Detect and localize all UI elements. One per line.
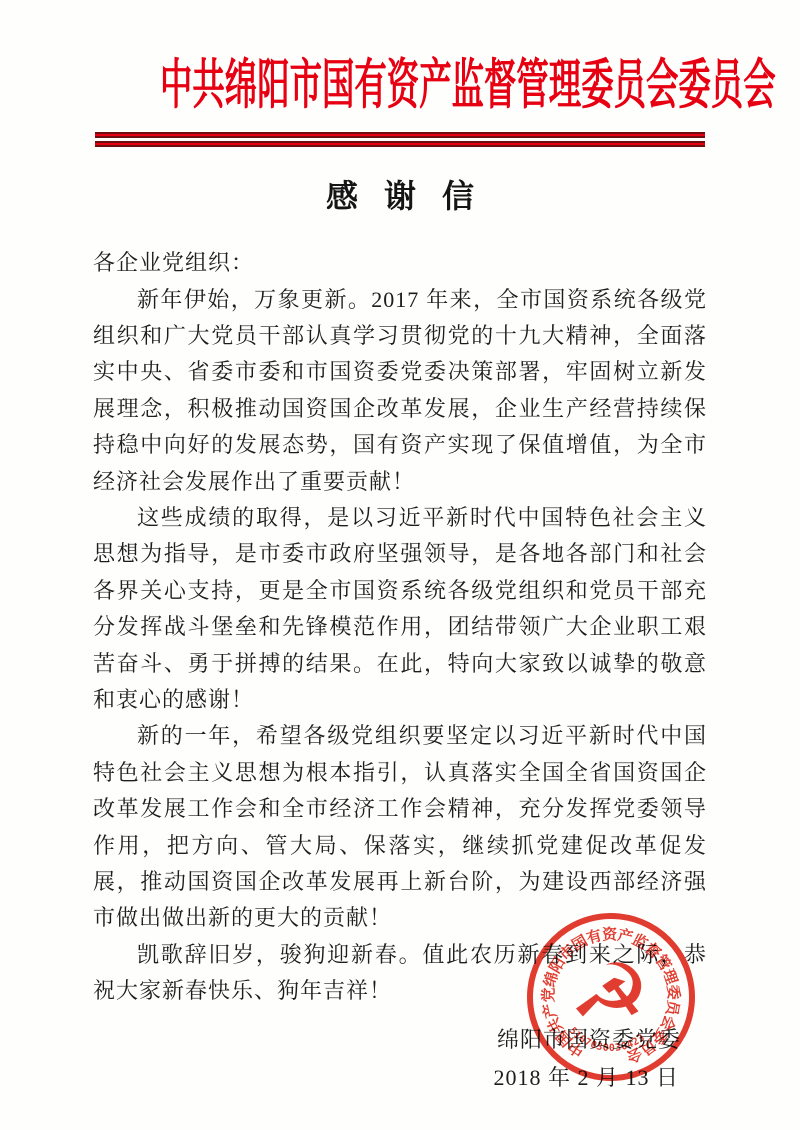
letter-title: 感 谢 信 [9, 171, 800, 217]
letterhead-org-title: 中共绵阳市国有资产监督管理委员会委员会 [160, 54, 640, 116]
body-paragraph: 新的一年，希望各级党组织要坚定以习近平新时代中国特色社会主义思想为根本指引，认真… [93, 718, 707, 936]
body-paragraph: 这些成绩的取得，是以习近平新时代中国特色社会主义思想为指导，是市委市政府坚强领导… [93, 500, 707, 718]
letter-body: 新年伊始，万象更新。2017 年来，全市国资系统各级党组织和广大党员干部认真学习… [93, 282, 707, 1010]
letterhead-double-rule [95, 132, 705, 147]
rule-line-bottom [95, 141, 705, 147]
letter-page: 中共绵阳市国有资产监督管理委员会委员会 感 谢 信 各企业党组织： 新年伊始，万… [0, 0, 800, 1130]
hammer-sickle-icon: ☭ [565, 944, 658, 1044]
rule-line-top [95, 132, 705, 138]
body-paragraph: 新年伊始，万象更新。2017 年来，全市国资系统各级党组织和广大党员干部认真学习… [93, 282, 707, 500]
salutation: 各企业党组织： [93, 245, 707, 281]
letterhead: 中共绵阳市国有资产监督管理委员会委员会 [0, 54, 800, 147]
